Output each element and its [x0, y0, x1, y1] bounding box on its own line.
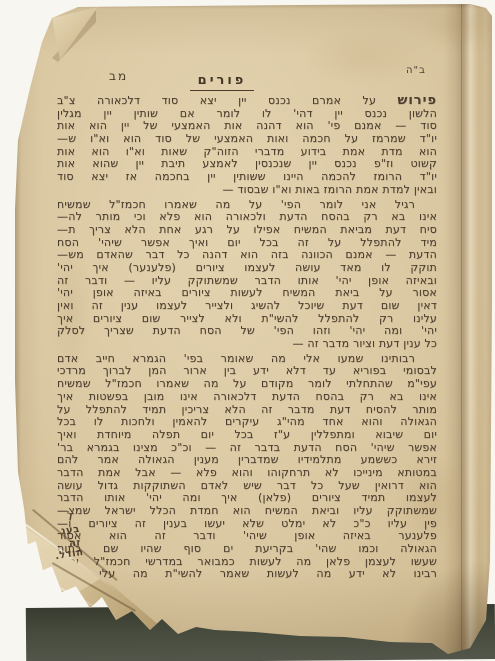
paper-stain — [300, 30, 430, 85]
text-line: יו"ד שמרמז על חכמה ואות האמצעי של סוד הו… — [57, 133, 437, 146]
text-line: הגאולה והוא אחד מהי"ג עיקרים להאמין ולחכ… — [57, 416, 437, 429]
text-line: יו"ד הרומז להכמה היינו ששותין יין בחכמה … — [57, 171, 437, 184]
text-line: סיח דעת מביאת המשיח אפילו על רגע אחת הלא… — [57, 224, 437, 237]
page-number: מב — [109, 69, 128, 83]
text-line: דאין שום דעת שיוכל להשיג ולצייר לעצמו ענ… — [57, 300, 437, 313]
paper-stain — [425, 6, 490, 48]
text-line: יום שיבוא ומתפללין ע"ז בכל יום תפלה מיוח… — [57, 429, 437, 442]
text-line: עפי"מ שהתחלתי לומר מקודם על מה שאמרו חכמ… — [57, 378, 437, 391]
paper-top-edge-shadow — [0, 4, 495, 9]
paper-left-edge-shadow — [14, 0, 21, 661]
text-line: אינו בא רק בהסח הדעת ולכאורה הוא פלא וכי… — [57, 211, 437, 224]
text-line: ובאין למדת אמת הרומז באות וא"ו שבסוד — — [57, 184, 437, 197]
paragraph-lead-word: פירוש — [397, 93, 437, 108]
page-title: פורים — [190, 73, 254, 91]
text-line: פירוש על אמרם נכנס יין יצא סוד דלכאורה צ… — [57, 95, 437, 108]
handwritten-note: בענ — [60, 524, 80, 537]
bsd-mark: ב"ה — [406, 65, 426, 76]
paragraph: רגיל אני לומר הפי' על מה שאמרו חכמז"ל שמ… — [57, 199, 437, 351]
text-line: אינו בא רק בהסח הדעת דלכאורה אינו מובן ב… — [57, 391, 437, 404]
paragraph: פירוש על אמרם נכנס יין יצא סוד דלכאורה צ… — [57, 95, 437, 197]
top-left-dogear-fold — [40, 4, 102, 64]
text-line: כל ענין דעת וציור מדבר זה — — [57, 338, 437, 351]
paper-page: ב"ה מב פורים פירוש על אמרם נכנס יין יצא … — [0, 0, 495, 661]
text-line: תוקק לו מאד עושה לעצמו ציורים (פלענער) א… — [57, 262, 437, 275]
